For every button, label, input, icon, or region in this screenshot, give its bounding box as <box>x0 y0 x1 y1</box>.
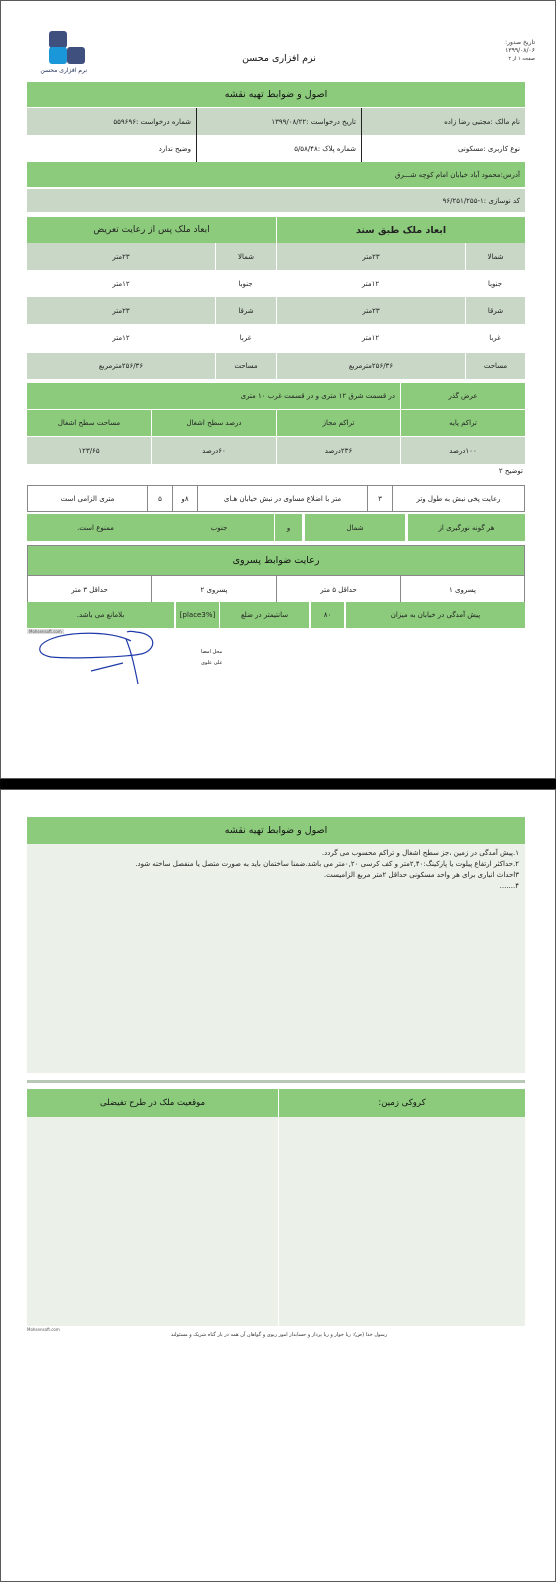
projection-unit: سانتیمتر در ضلع <box>219 602 309 628</box>
document-page-2: اصول و ضوابط تهیه نقشه ۱.پیش آمدگی در زم… <box>0 789 556 1582</box>
sketch-header-row: کروکی زمین: موقعیت ملک در طرح تفیضلی <box>27 1089 525 1117</box>
rule-item: ۳احداث انباری برای هر واحد مسکونی حداقل … <box>33 870 519 881</box>
dims-row: شرقا ۲۳متر شرقا ۲۳متر <box>27 297 525 324</box>
density-value: ۱۰۰درصد <box>400 437 525 464</box>
after-value: ۱۲متر <box>27 324 215 351</box>
sketch-area <box>278 1117 526 1326</box>
request-number: شماره درخواست :۵۵۹۶۹۶ <box>27 108 196 135</box>
deed-value: ۱۲متر <box>276 270 465 297</box>
side-label-after: مساحت <box>215 353 276 379</box>
setback-1-value: حداقل ۵ متر <box>276 576 400 604</box>
dims-row: مساحت ۲۵۶/۳۶مترمربع مساحت ۲۵۶/۳۶مترمربع <box>27 353 525 379</box>
sketch-body-row <box>27 1117 525 1326</box>
street-width-1: ۸و <box>172 486 197 511</box>
deed-value: ۲۳متر <box>276 243 465 270</box>
projection-allowed: بلامانع می باشد. <box>27 602 174 628</box>
dims-row: جنوبا ۱۲متر جنوبا ۱۲متر <box>27 270 525 297</box>
issue-date: ۱۳۹۹/۰۸/۰۶ <box>505 47 535 55</box>
after-value: ۲۵۶/۳۶مترمربع <box>27 353 215 379</box>
chamfer-required: متری الزامی است <box>28 486 147 511</box>
signature-label: محل امضا <box>201 649 222 655</box>
request-date: تاریخ درخواست :۱۳۹۹/۰۸/۲۲ <box>196 108 361 135</box>
company-name: نرم افزاری محسن <box>1 53 556 64</box>
deed-value: ۲۵۶/۳۶مترمربع <box>276 353 465 379</box>
deed-value: ۱۲متر <box>276 324 465 351</box>
page-title-bar: اصول و ضوابط تهیه نقشه <box>27 82 525 107</box>
signature-icon <box>31 629 191 699</box>
address-row: آدرس:محمود آباد خیابان امام کوچه شـــرق <box>27 162 525 187</box>
chamfer-row: رعایت پخی نبش به طول وتر ۳ متر با اضلاع … <box>27 485 525 512</box>
info-row-1: نام مالک :مجتبی رضا زاده تاریخ درخواست :… <box>27 108 525 135</box>
density-value: ۲۳۶درصد <box>276 437 400 464</box>
street-width-2: ۵ <box>147 486 172 511</box>
rule-item: ۲.حداکثر ارتفاع پیلوت یا پارکینگ:۲,۴۰متر… <box>33 859 519 870</box>
renovation-code: کد نوسازی :۱-۹۶/۲۵۱/۲۵۵ <box>27 189 525 212</box>
note-label: توضیح ۲ <box>499 467 523 475</box>
sketch-header: کروکی زمین: <box>278 1089 525 1117</box>
density-value: ۶۰درصد <box>151 437 276 464</box>
side-label-after: شمالا <box>215 243 276 270</box>
deed-value: ۲۳متر <box>276 297 465 324</box>
side-label: غربا <box>465 324 525 351</box>
rules-list: ۱.پیش آمدگی در زمین ،جز سطح اشغال و تراک… <box>27 844 525 896</box>
divider <box>27 1080 525 1083</box>
address: آدرس:محمود آباد خیابان امام کوچه شـــرق <box>27 162 525 187</box>
density-header: تراکم مجاز <box>276 410 400 436</box>
chamfer-label: رعایت پخی نبش به طول وتر <box>392 486 524 511</box>
light-dir-2: جنوب <box>164 514 274 541</box>
density-value: ۱۲۳/۶۵ <box>27 437 151 464</box>
light-dir-1: شمال <box>302 514 405 541</box>
status-note: وضیح ندارد <box>27 135 196 162</box>
side-label: شمالا <box>465 243 525 270</box>
dims-after-header: ابعاد ملک پس از رعایت تعریض <box>27 217 276 243</box>
density-header: درصد سطح اشغال <box>151 410 276 436</box>
page2-title-bar: اصول و ضوابط تهیه نقشه <box>27 817 525 844</box>
passage-row: عرض گذر در قسمت شرق ۱۲ متری و در قسمت غر… <box>27 383 525 409</box>
after-value: ۲۳متر <box>27 243 215 270</box>
side-label-after: جنوبا <box>215 270 276 297</box>
info-row-2: نوع کاربری :مسکونی شماره پلاک :۵/۵۸/۴۸ و… <box>27 135 525 162</box>
renovation-code-row: کد نوسازی :۱-۹۶/۲۵۱/۲۵۵ <box>27 189 525 212</box>
after-value: ۲۳متر <box>27 297 215 324</box>
passage-label: عرض گذر <box>400 383 525 409</box>
location-area <box>27 1117 278 1326</box>
rule-item: ۱.پیش آمدگی در زمین ،جز سطح اشغال و تراک… <box>33 848 519 859</box>
projection-label: پیش آمدگی در خیابان به میزان <box>344 602 525 628</box>
side-label: جنوبا <box>465 270 525 297</box>
usage-type: نوع کاربری :مسکونی <box>361 135 525 162</box>
document-page-1: نرم افزاری محسن نرم افزاری محسن تاریخ صد… <box>0 0 556 779</box>
setback-title: رعایت ضوابط پسروی <box>28 546 524 575</box>
passage-value: در قسمت شرق ۱۲ متری و در قسمت غرب ۱۰ متر… <box>27 383 400 409</box>
page-indicator: صفحه ۱ از ۲ <box>505 55 535 63</box>
dims-deed-header: ابعاد ملک طبق سند <box>276 217 525 243</box>
light-row: هر گونه نورگیری از شمال و جنوب ممنوع است… <box>27 514 525 541</box>
logo-text: نرم افزاری محسن <box>47 67 87 74</box>
issue-info: تاریخ صدور: ۱۳۹۹/۰۸/۰۶ صفحه ۱ از ۲ <box>505 39 535 63</box>
density-header: مساحت سطح اشغال <box>27 410 151 436</box>
rule-item: ۴....... <box>33 881 519 892</box>
plate-number: شماره پلاک :۵/۵۸/۴۸ <box>196 135 361 162</box>
setback-section: رعایت ضوابط پسروی پسروی ۱ حداقل ۵ متر پس… <box>27 545 525 605</box>
chamfer-length: ۳ <box>367 486 392 511</box>
dims-row: غربا ۱۲متر غربا ۱۲متر <box>27 324 525 351</box>
location-header: موقعیت ملک در طرح تفیضلی <box>27 1089 278 1117</box>
side-label: شرقا <box>465 297 525 324</box>
projection-row: پیش آمدگی در خیابان به میزان ۸۰ سانتیمتر… <box>27 602 525 628</box>
signer-name: علی علوی <box>201 660 223 666</box>
projection-amount: ۸۰ <box>309 602 344 628</box>
projection-side: [%place3] <box>174 602 219 628</box>
owner-name: نام مالک :مجتبی رضا زاده <box>361 108 525 135</box>
light-label: هر گونه نورگیری از <box>405 514 525 541</box>
chamfer-desc: متر با اضلاع مساوی در نبش خیابان هـای <box>197 486 367 511</box>
page2-title: اصول و ضوابط تهیه نقشه <box>27 817 525 844</box>
side-label-after: غربا <box>215 324 276 351</box>
dimensions-header: ابعاد ملک طبق سند ابعاد ملک پس از رعایت … <box>27 217 525 243</box>
rules-panel: ۱.پیش آمدگی در زمین ،جز سطح اشغال و تراک… <box>27 844 525 1073</box>
density-header: تراکم پایه <box>400 410 525 436</box>
footer-quote: رسول خدا (ص): ربا خوار و ربا پرداز و حسا… <box>1 1332 556 1338</box>
light-forbidden: ممنوع است. <box>27 514 164 541</box>
dims-row: شمالا ۲۳متر شمالا ۲۳متر <box>27 243 525 270</box>
page-title: اصول و ضوابط تهیه نقشه <box>27 82 525 107</box>
light-and: و <box>274 514 302 541</box>
side-label-after: شرقا <box>215 297 276 324</box>
after-value: ۱۲متر <box>27 270 215 297</box>
density-header-row: تراکم پایه تراکم مجاز درصد سطح اشغال مسا… <box>27 410 525 436</box>
issue-date-label: تاریخ صدور: <box>505 39 535 47</box>
setback-2-label: پسروی ۲ <box>151 576 276 604</box>
density-value-row: ۱۰۰درصد ۲۳۶درصد ۶۰درصد ۱۲۳/۶۵ <box>27 437 525 464</box>
setback-2-value: حداقل ۳ متر <box>28 576 151 604</box>
side-label: مساحت <box>465 353 525 379</box>
setback-1-label: پسروی ۱ <box>400 576 524 604</box>
setback-row: پسروی ۱ حداقل ۵ متر پسروی ۲ حداقل ۳ متر <box>28 575 524 604</box>
